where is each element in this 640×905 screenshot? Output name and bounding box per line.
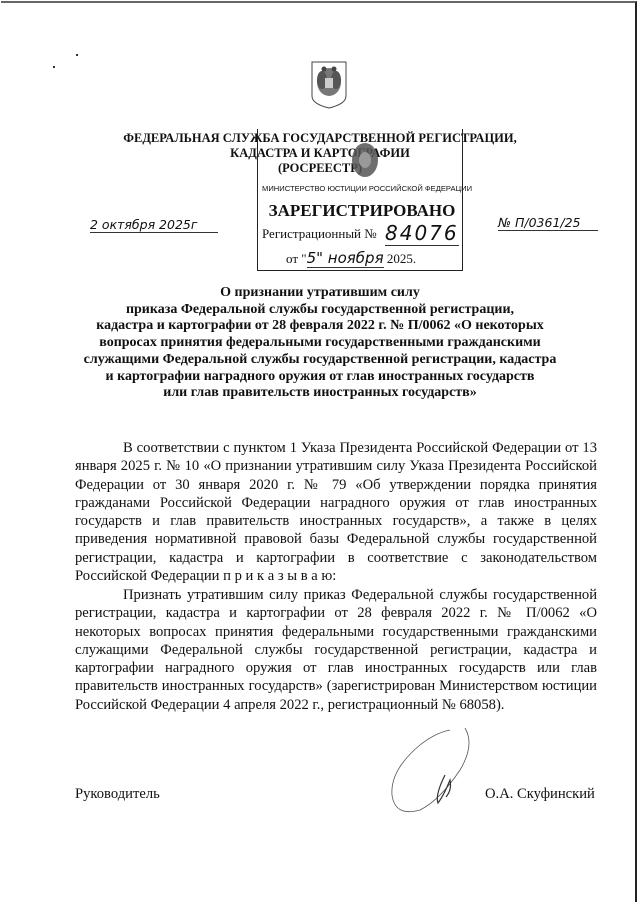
stamp-date: от "5" ноября 2025. bbox=[286, 249, 416, 267]
order-date: 2 октября 2025г bbox=[90, 217, 218, 233]
signatory-name: О.А. Скуфинский bbox=[485, 786, 595, 803]
body-paragraph-1: В соответствии с пунктом 1 Указа Президе… bbox=[75, 439, 597, 585]
stamp-registered: ЗАРЕГИСТРИРОВАНО bbox=[262, 201, 462, 221]
scan-speck bbox=[76, 54, 78, 56]
handwritten-signature-icon bbox=[380, 725, 490, 825]
title-line: О признании утратившим силу bbox=[60, 285, 580, 302]
paragraph-text: В соответствии с пунктом 1 Указа Президе… bbox=[75, 439, 597, 585]
title-line: или глав правительств иностранных госуда… bbox=[60, 385, 580, 402]
stamp-emblem-icon bbox=[348, 140, 382, 180]
stamp-date-day: 5 bbox=[307, 249, 317, 268]
order-number: № П/0361/25 bbox=[498, 215, 598, 231]
title-line: приказа Федеральной службы государственн… bbox=[60, 302, 580, 319]
stamp-date-month: " ноября bbox=[316, 249, 383, 268]
signatory-role: Руководитель bbox=[75, 786, 160, 803]
body-paragraph-2: Признать утратившим силу приказ Федераль… bbox=[75, 586, 597, 714]
russian-coat-of-arms-icon bbox=[310, 60, 348, 110]
document-title: О признании утратившим силу приказа Феде… bbox=[60, 285, 580, 402]
stamp-date-year: 2025. bbox=[387, 251, 416, 266]
scan-speck bbox=[53, 66, 55, 68]
stamp-reg-number: 84076 bbox=[385, 221, 459, 246]
title-line: служащими Федеральной службы государстве… bbox=[60, 352, 580, 369]
stamp-reg-number-label: Регистрационный № bbox=[262, 226, 377, 242]
title-line: и картографии наградного оружия от глав … bbox=[60, 369, 580, 386]
title-line: кадастра и картографии от 28 февраля 202… bbox=[60, 318, 580, 335]
stamp-ministry: МИНИСТЕРСТВО ЮСТИЦИИ РОССИЙСКОЙ ФЕДЕРАЦИ… bbox=[262, 184, 462, 193]
stamp-date-prefix: от " bbox=[286, 251, 307, 266]
title-line: вопросах принятия федеральными государст… bbox=[60, 335, 580, 352]
paragraph-text: Признать утратившим силу приказ Федераль… bbox=[75, 586, 597, 714]
